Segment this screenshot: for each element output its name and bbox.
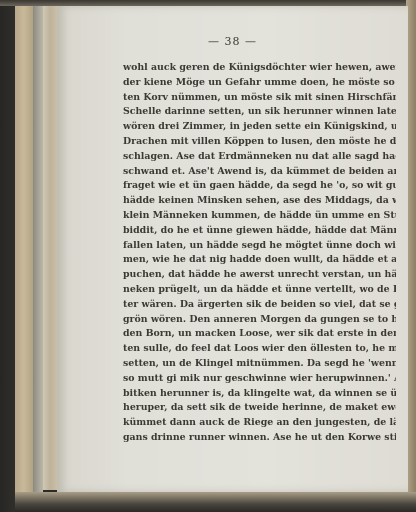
text-line: ter wären. Da ärgerten sik de beiden so … [123, 298, 396, 313]
text-line: wohl auck geren de Künigsdöchter wier he… [123, 61, 396, 76]
text-line: Schelle darinne setten, un sik herunner … [123, 105, 396, 120]
page-number: — 38 — [57, 35, 408, 48]
text-line: fallen laten, un hädde segd he mögtet ün… [123, 239, 396, 254]
text-line: der kiene Möge un Gefahr umme doen, he m… [123, 76, 396, 91]
text-line: schwand et. Ase't Awend is, da kümmet de… [123, 165, 396, 180]
book-page: — 38 — wohl auck geren de Künigsdöchter … [57, 6, 408, 492]
text-line: puchen, dat hädde he awerst unrecht vers… [123, 268, 396, 283]
page-stack-edge [33, 2, 43, 492]
text-line: hädde keinen Minsken sehen, ase des Midd… [123, 194, 396, 209]
text-line: so mutt gi mik nur geschwinne wier herup… [123, 372, 396, 387]
bottom-border [15, 492, 416, 512]
text-line: biddit, do he et ünne giewen hädde, hädd… [123, 224, 396, 239]
text-line: schlagen. Ase dat Erdmänneken nu dat all… [123, 150, 396, 165]
text-line: ten sulle, do feel dat Loos wier den öll… [123, 342, 396, 357]
text-line: kümmet dann auck de Riege an den jungest… [123, 416, 396, 431]
text-line: fraget wie et ün gaen hädde, da segd he … [123, 179, 396, 194]
text-line: setten, un de Klingel mitnümmen. Da segd… [123, 357, 396, 372]
text-line: heruper, da sett sik de tweide herinne, … [123, 401, 396, 416]
text-line: wören drei Zimmer, in jeden sette ein Kü… [123, 120, 396, 135]
text-line: men, wie he dat nig hadde doen wullt, da… [123, 253, 396, 268]
text-line: bitken herunner is, da klingelte wat, da… [123, 387, 396, 402]
body-text: wohl auck geren de Künigsdöchter wier he… [123, 61, 396, 446]
text-line: Drachen mit villen Köppen to lusen, den … [123, 135, 396, 150]
text-line: neken prügelt, un da hädde et ünne verte… [123, 283, 396, 298]
text-line: grön wören. Den anneren Morgen da gungen… [123, 313, 396, 328]
text-line: gans drinne runner winnen. Ase he ut den… [123, 431, 396, 446]
text-line: ten Korv nümmen, un möste sik mit sinen … [123, 91, 396, 106]
page-stack-edge-inner [43, 2, 57, 490]
text-line: den Born, un macken Loose, wer sik dat e… [123, 327, 396, 342]
text-line: klein Männeken kummen, de hädde ün umme … [123, 209, 396, 224]
